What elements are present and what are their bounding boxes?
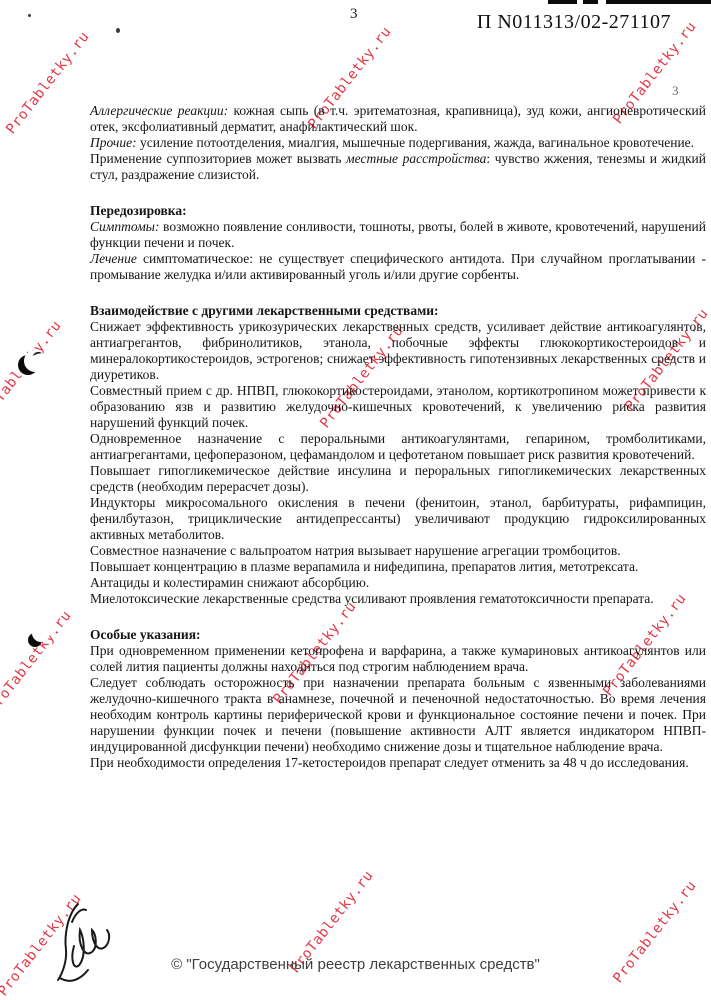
italic-run: Симптомы: xyxy=(90,219,159,234)
section: Взаимодействие с другими лекарственными … xyxy=(90,303,706,607)
text-run: Снижает эффективность урикозурических ле… xyxy=(90,319,706,382)
paragraph: Лечение симптоматическое: не существует … xyxy=(90,251,706,283)
paragraph: Применение суппозиториев может вызвать м… xyxy=(90,151,706,183)
text-run: симптоматическое: не существует специфич… xyxy=(90,251,706,282)
text-run: возможно появление сонливости, тошноты, … xyxy=(90,219,706,250)
document-body: Аллергические реакции: кожная сыпь (в т.… xyxy=(90,103,706,771)
paragraph: Снижает эффективность урикозурических ле… xyxy=(90,319,706,383)
section-heading: Передозировка: xyxy=(90,203,706,219)
section: Особые указания:При одновременном примен… xyxy=(90,627,706,771)
section: Передозировка:Симптомы: возможно появлен… xyxy=(90,203,706,283)
section: Аллергические реакции: кожная сыпь (в т.… xyxy=(90,103,706,183)
text-run: Индукторы микросомального окисления в пе… xyxy=(90,495,706,542)
footer-copyright: © "Государственный реестр лекарственных … xyxy=(0,956,711,973)
text-run: усиление потоотделения, миалгия, мышечны… xyxy=(137,135,694,150)
watermark: ProTabletky.ru xyxy=(3,29,93,137)
scan-speck xyxy=(116,28,120,33)
scan-edge-artifact xyxy=(583,0,598,4)
text-run: Повышает концентрацию в плазме верапамил… xyxy=(90,559,638,574)
paragraph: Следует соблюдать осторожность при назна… xyxy=(90,675,706,755)
text-run: Миелотоксические лекарственные средства … xyxy=(90,591,654,606)
paragraph: Повышает концентрацию в плазме верапамил… xyxy=(90,559,706,575)
scan-edge-artifact xyxy=(548,0,577,4)
page-number: 3 xyxy=(350,6,358,23)
text-run: Одновременное назначение с пероральными … xyxy=(90,431,706,462)
paragraph: Антациды и колестирамин снижают абсорбци… xyxy=(90,575,706,591)
text-run: Совместное назначение с вальпроатом натр… xyxy=(90,543,621,558)
scan-speck xyxy=(28,14,31,17)
faint-page-number: 3 xyxy=(672,83,679,99)
italic-run: Аллергические реакции: xyxy=(90,103,228,118)
text-run: При одновременном применении кетопрофена… xyxy=(90,643,706,674)
paragraph: Миелотоксические лекарственные средства … xyxy=(90,591,706,607)
text-run: Повышает гипогликемическое действие инсу… xyxy=(90,463,706,494)
italic-run: Прочие: xyxy=(90,135,137,150)
paragraph: Симптомы: возможно появление сонливости,… xyxy=(90,219,706,251)
section-heading: Взаимодействие с другими лекарственными … xyxy=(90,303,706,319)
scan-edge-artifact xyxy=(606,0,711,4)
registration-number: П N011313/02-271107 xyxy=(477,11,671,34)
paragraph: Одновременное назначение с пероральными … xyxy=(90,431,706,463)
text-run: Совместный прием с др. НПВП, глюкокортик… xyxy=(90,383,706,430)
paragraph: Совместный прием с др. НПВП, глюкокортик… xyxy=(90,383,706,431)
document-page: 3 П N011313/02-271107 3 ProTabletky.ruPr… xyxy=(0,0,711,1000)
text-run: Следует соблюдать осторожность при назна… xyxy=(90,675,706,754)
paragraph: Аллергические реакции: кожная сыпь (в т.… xyxy=(90,103,706,135)
text-run: Применение суппозиториев может вызвать xyxy=(90,151,346,166)
section-heading: Особые указания: xyxy=(90,627,706,643)
paragraph: Повышает гипогликемическое действие инсу… xyxy=(90,463,706,495)
paragraph: Индукторы микросомального окисления в пе… xyxy=(90,495,706,543)
scan-crescent-mark xyxy=(32,624,50,642)
text-run: Антациды и колестирамин снижают абсорбци… xyxy=(90,575,369,590)
italic-run: местные расстройства xyxy=(346,151,486,166)
paragraph: Совместное назначение с вальпроатом натр… xyxy=(90,543,706,559)
italic-run: Лечение xyxy=(90,251,137,266)
text-run: При необходимости определения 17-кетосте… xyxy=(90,755,689,770)
paragraph: При одновременном применении кетопрофена… xyxy=(90,643,706,675)
paragraph: При необходимости определения 17-кетосте… xyxy=(90,755,706,771)
paragraph: Прочие: усиление потоотделения, миалгия,… xyxy=(90,135,706,151)
watermark: ProTabletky.ru xyxy=(0,318,65,426)
